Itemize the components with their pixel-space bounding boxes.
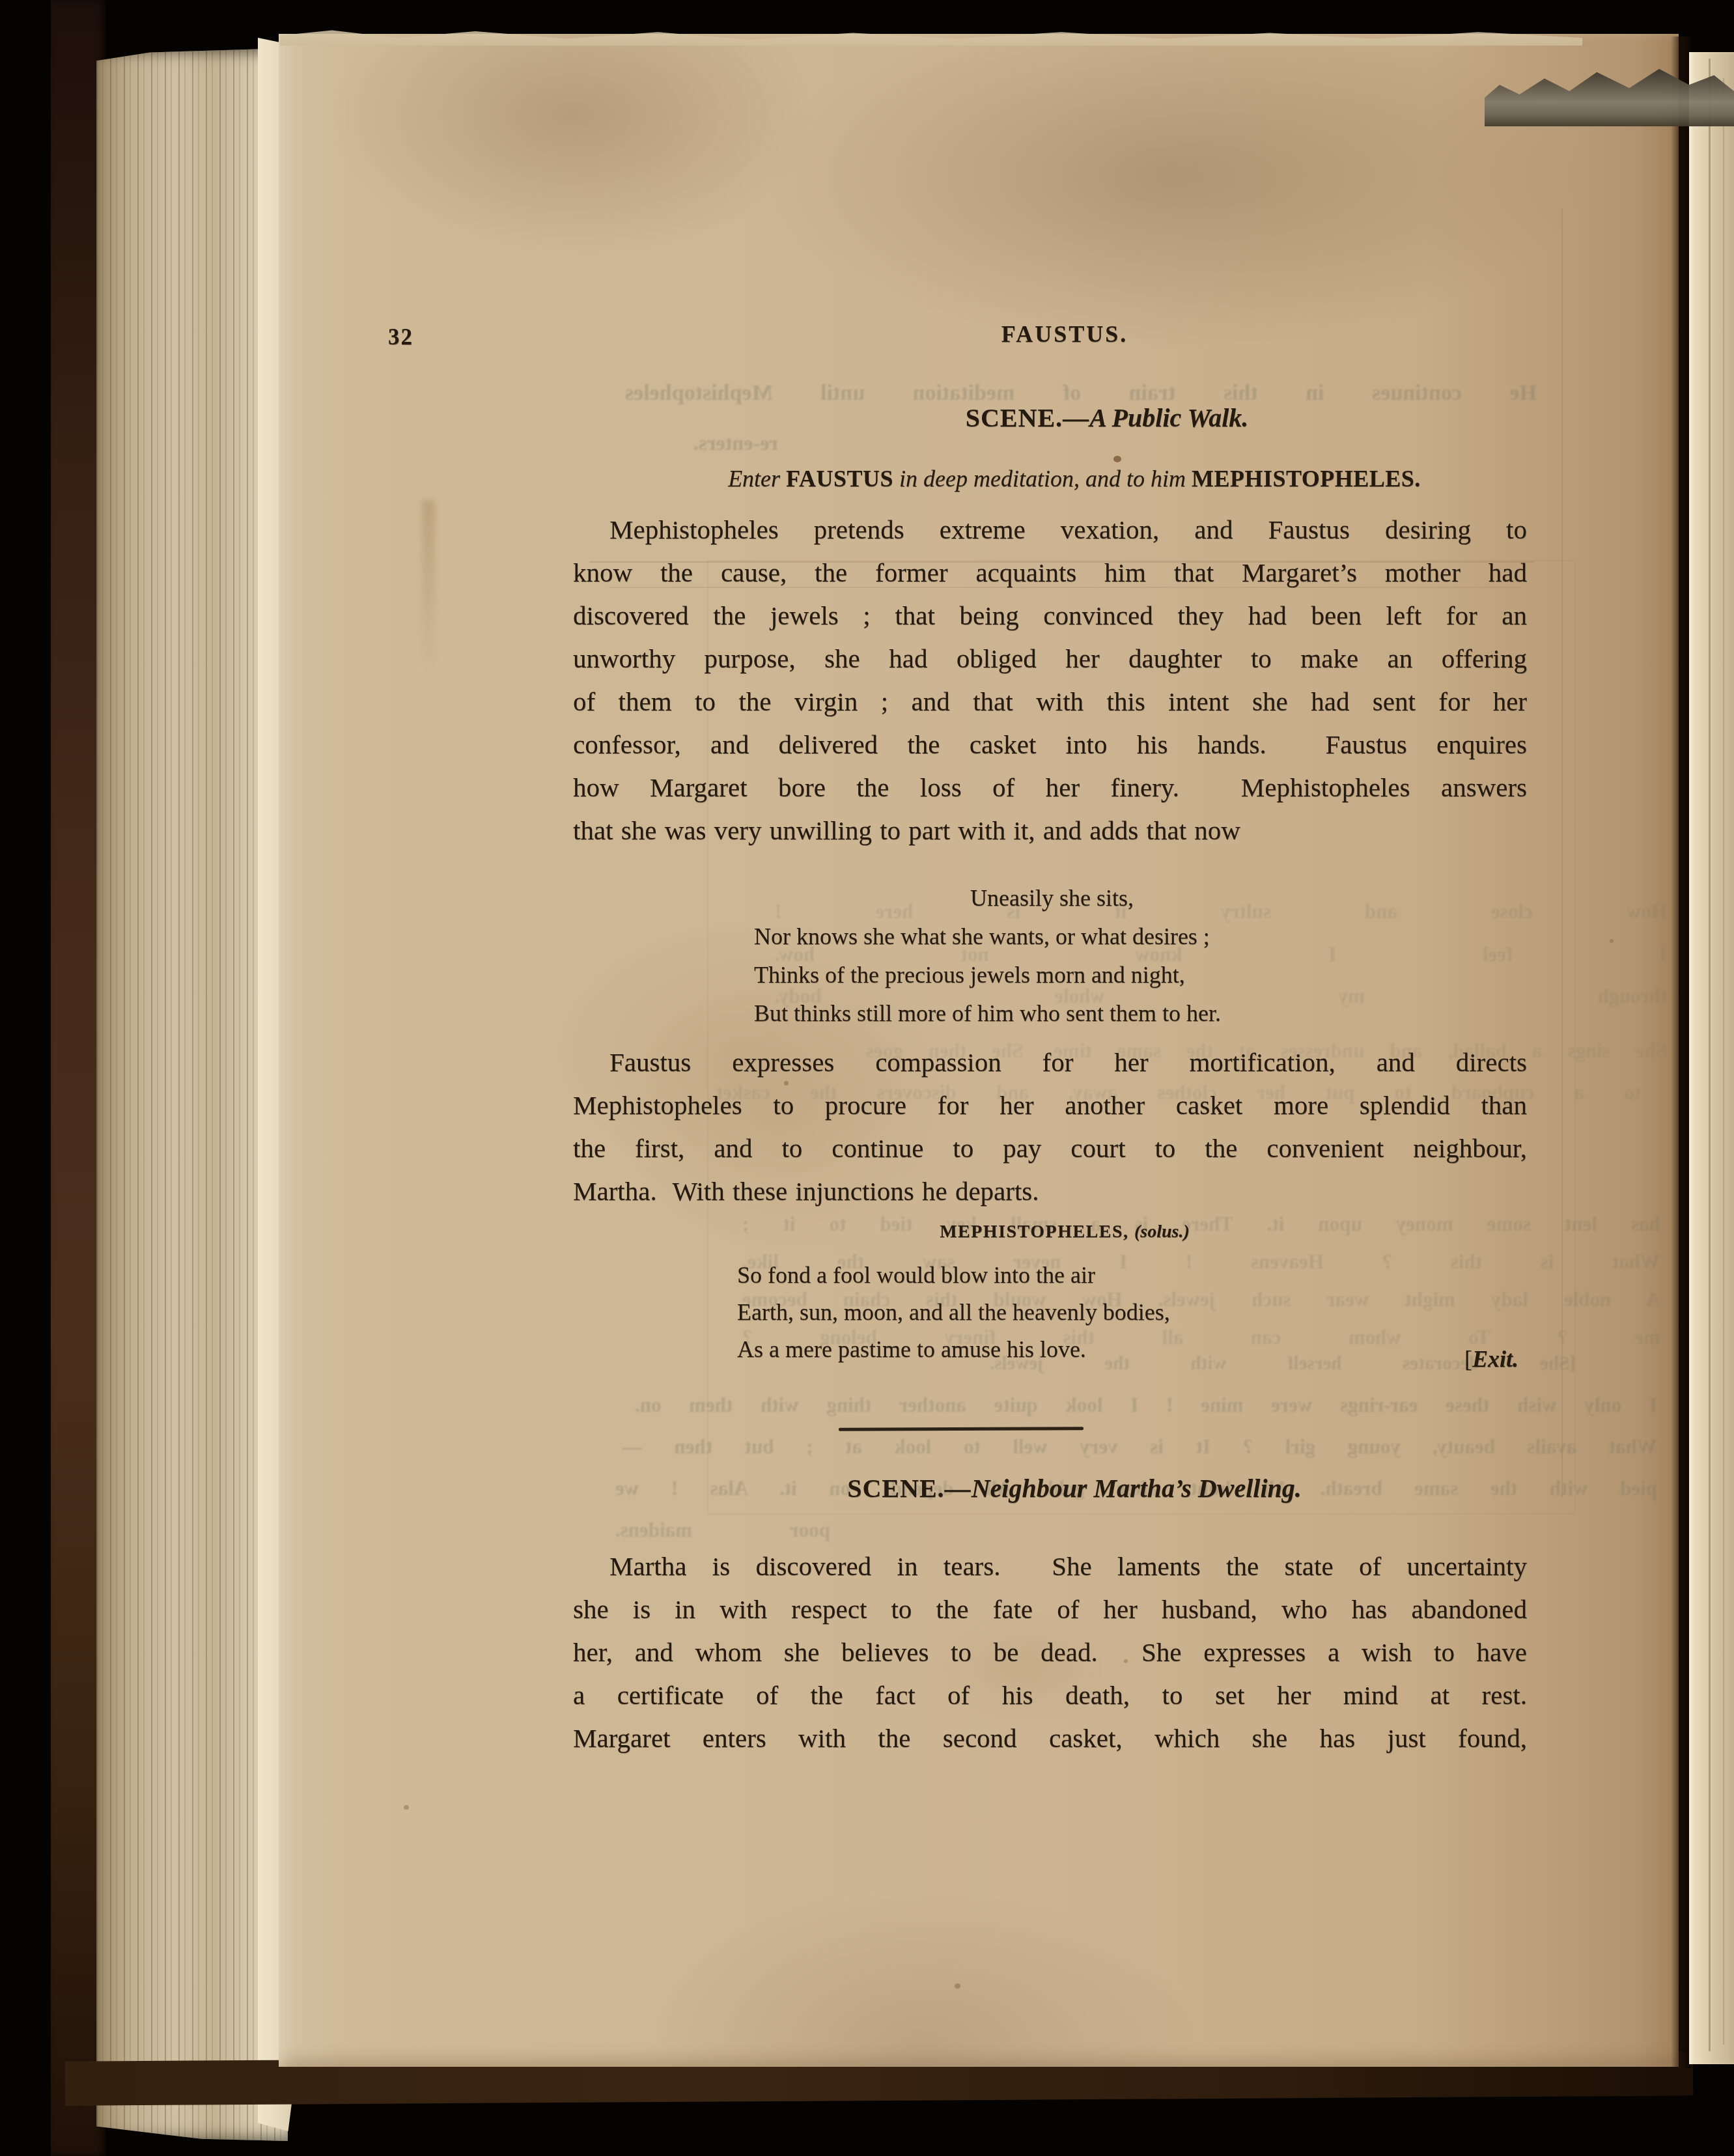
ghost-text-line: re-enters. [609, 431, 778, 455]
paragraph-2: Faustus expresses compassion for her mor… [573, 1041, 1527, 1212]
scene-heading-public-walk: SCENE.—A Public Walk. [573, 402, 1641, 433]
scene-label: SCENE.— [847, 1474, 971, 1503]
text-line: how Margaret bore the loss of her finery… [573, 766, 1527, 809]
fox-spot [1113, 456, 1121, 462]
scene-title: Neighbour Martha’s Dwelling. [972, 1474, 1302, 1503]
next-page-crease [1723, 78, 1724, 2045]
text-line: Martha is discovered in tears. She lamen… [573, 1545, 1527, 1588]
text-line: the first, and to continue to pay court … [573, 1127, 1527, 1169]
speaker-name: MEPHISTOPHELES, [940, 1222, 1134, 1242]
ghost-text-line: poor maidens. [615, 1519, 830, 1542]
paragraph-1: Mephistopheles pretends extreme vexation… [573, 508, 1527, 852]
running-title: FAUSTUS. [573, 320, 1556, 348]
text-line: unworthy purpose, she had obliged her da… [573, 637, 1527, 680]
text-line: know the cause, the former acquaints him… [573, 551, 1527, 594]
text-line: Mephistopheles pretends extreme vexation… [573, 508, 1527, 551]
fox-spot [404, 1805, 409, 1810]
verse-quotation-1: Uneasily she sits,Nor knows she what she… [754, 879, 1221, 1033]
fox-spot [955, 1983, 960, 1989]
exit-word: Exit. [1472, 1346, 1518, 1372]
stage-direction-phrase: in deep meditation, and to him [893, 466, 1192, 492]
text-line: Martha. With these injunctions he depart… [573, 1169, 1527, 1212]
speech-heading-mephistopheles: MEPHISTOPHELES, (solus.) [573, 1222, 1556, 1242]
text-line: Nor knows she what she wants, or what de… [754, 917, 1221, 956]
speaker-direction-solus: (solus.) [1134, 1222, 1190, 1242]
text-line: Mephistopheles to procure for her anothe… [573, 1084, 1527, 1127]
text-line: of them to the virgin ; and that with th… [573, 680, 1527, 723]
stage-direction-exit: [Exit. [573, 1345, 1518, 1373]
text-line: Thinks of the precious jewels morn and n… [754, 956, 1221, 994]
stage-direction-enter: Enter FAUSTUS in deep meditation, and to… [573, 465, 1576, 492]
text-line: a certificate of the fact of his death, … [573, 1673, 1527, 1716]
text-line: discovered the jewels ; that being convi… [573, 594, 1527, 637]
text-line: confessor, and delivered the casket into… [573, 723, 1527, 766]
scene-title: A Public Walk. [1089, 403, 1248, 432]
character-name-faustus: FAUSTUS [786, 466, 893, 492]
text-line: Faustus expresses compassion for her mor… [573, 1041, 1527, 1084]
next-page-edge [1689, 52, 1734, 2064]
text-line: that she was very unwilling to part with… [573, 809, 1527, 852]
text-line: Margaret enters with the second casket, … [573, 1716, 1527, 1759]
text-line: she is in with respect to the fate of he… [573, 1588, 1527, 1631]
text-line: Uneasily she sits, [754, 879, 1221, 917]
ghost-text-line: What avails beauty, young girl ? It is v… [622, 1435, 1657, 1459]
character-name-mephistopheles: MEPHISTOPHELES. [1192, 466, 1421, 492]
stain-drip [422, 500, 435, 675]
text-line: But thinks still more of him who sent th… [754, 994, 1221, 1033]
scene-heading-marthas-dwelling: SCENE.—Neighbour Martha’s Dwelling. [573, 1473, 1576, 1504]
scene-label: SCENE.— [966, 403, 1089, 432]
exit-bracket: [ [1464, 1346, 1472, 1372]
text-line: Earth, sun, moon, and all the heavenly b… [737, 1294, 1170, 1331]
text-line: her, and whom she believes to be dead. S… [573, 1631, 1527, 1673]
stage-direction-word: Enter [728, 466, 786, 492]
page-number: 32 [388, 324, 413, 350]
text-line: So fond a fool would blow into the air [737, 1257, 1170, 1294]
paragraph-3: Martha is discovered in tears. She lamen… [573, 1545, 1527, 1759]
next-page-crease [1709, 59, 1711, 2051]
page-gutter-shadow [1671, 36, 1690, 2068]
ghost-text-line: I only wish these ear-rings were mine ! … [635, 1393, 1657, 1417]
book-photograph: He continues in this train of meditation… [0, 0, 1734, 2156]
